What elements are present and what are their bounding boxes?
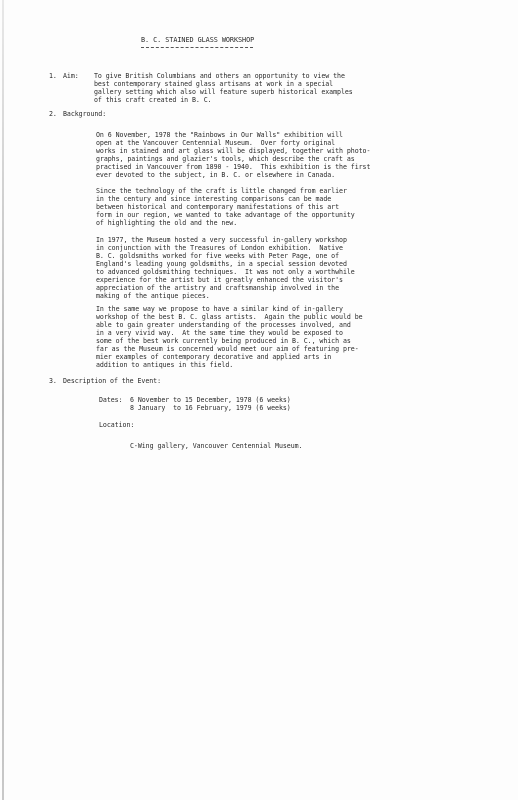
aim-line: To give British Columbians and others an…	[94, 72, 345, 80]
text-line: ever devoted to the subject, in B. C. or…	[96, 171, 376, 179]
date-range: 8 January to 16 February, 1979 (6 weeks)	[130, 404, 291, 412]
text-line: practised in Vancouver from 1890 - 1940.…	[96, 163, 376, 171]
text-line: in conjunction with the Treasures of Lon…	[96, 244, 376, 252]
text-line: In the same way we propose to have a sim…	[96, 305, 376, 313]
date-range: 6 November to 15 December, 1978 (6 weeks…	[130, 396, 291, 404]
text-line: open at the Vancouver Centennial Museum.…	[96, 139, 376, 147]
text-line: form in our region, we wanted to take ad…	[96, 211, 376, 219]
section-number: 2.	[49, 110, 57, 118]
aim-line: best contemporary stained glass artisans…	[94, 80, 333, 88]
text-line: able to gain greater understanding of th…	[96, 321, 376, 329]
text-line: workshop of the best B. C. glass artists…	[96, 313, 376, 321]
document-page: B. C. STAINED GLASS WORKSHOP 1. Aim: To …	[0, 0, 518, 800]
text-line: B. C. goldsmiths worked for five weeks w…	[96, 252, 376, 260]
text-line: addition to antiques in this field.	[96, 361, 376, 369]
document-title: B. C. STAINED GLASS WORKSHOP	[141, 36, 254, 44]
text-line: experience for the artist but it greatly…	[96, 276, 376, 284]
text-line: mier examples of contemporary decorative…	[96, 353, 376, 361]
scan-edge-line	[2, 0, 4, 800]
text-line: far as the Museum is concerned would mee…	[96, 345, 376, 353]
text-line: some of the best work currently being pr…	[96, 337, 376, 345]
text-line: in a very vivid way. At the same time th…	[96, 329, 376, 337]
location-label: Location:	[99, 421, 134, 429]
text-line: in the century and since interesting com…	[96, 195, 376, 203]
text-line: In 1977, the Museum hosted a very succes…	[96, 236, 376, 244]
section-label: Description of the Event:	[63, 377, 161, 385]
aim-line: of this craft created in B. C.	[94, 96, 212, 104]
location-value: C-Wing gallery, Vancouver Centennial Mus…	[130, 442, 302, 450]
text-line: appreciation of the artistry and craftsm…	[96, 284, 376, 292]
section-label: Background:	[63, 110, 106, 118]
title-underline	[141, 47, 253, 49]
text-line: to advanced goldsmithing techniques. It …	[96, 268, 376, 276]
text-line: graphs, paintings and glazier's tools, w…	[96, 155, 376, 163]
section-number: 1.	[49, 72, 57, 80]
text-line: making of the antique pieces.	[96, 292, 376, 300]
text-line: of highlighting the old and the new.	[96, 219, 376, 227]
section-number: 3.	[49, 377, 57, 385]
text-line: England's leading young goldsmiths, in a…	[96, 260, 376, 268]
text-line: On 6 November, 1978 the "Rainbows in Our…	[96, 131, 376, 139]
text-line: works in stained and art glass will be d…	[96, 147, 376, 155]
text-line: between historical and contemporary mani…	[96, 203, 376, 211]
dates-label: Dates:	[99, 396, 123, 404]
section-label: Aim:	[63, 72, 79, 80]
aim-line: gallery setting which also will feature …	[94, 88, 353, 96]
text-line: Since the technology of the craft is lit…	[96, 187, 376, 195]
